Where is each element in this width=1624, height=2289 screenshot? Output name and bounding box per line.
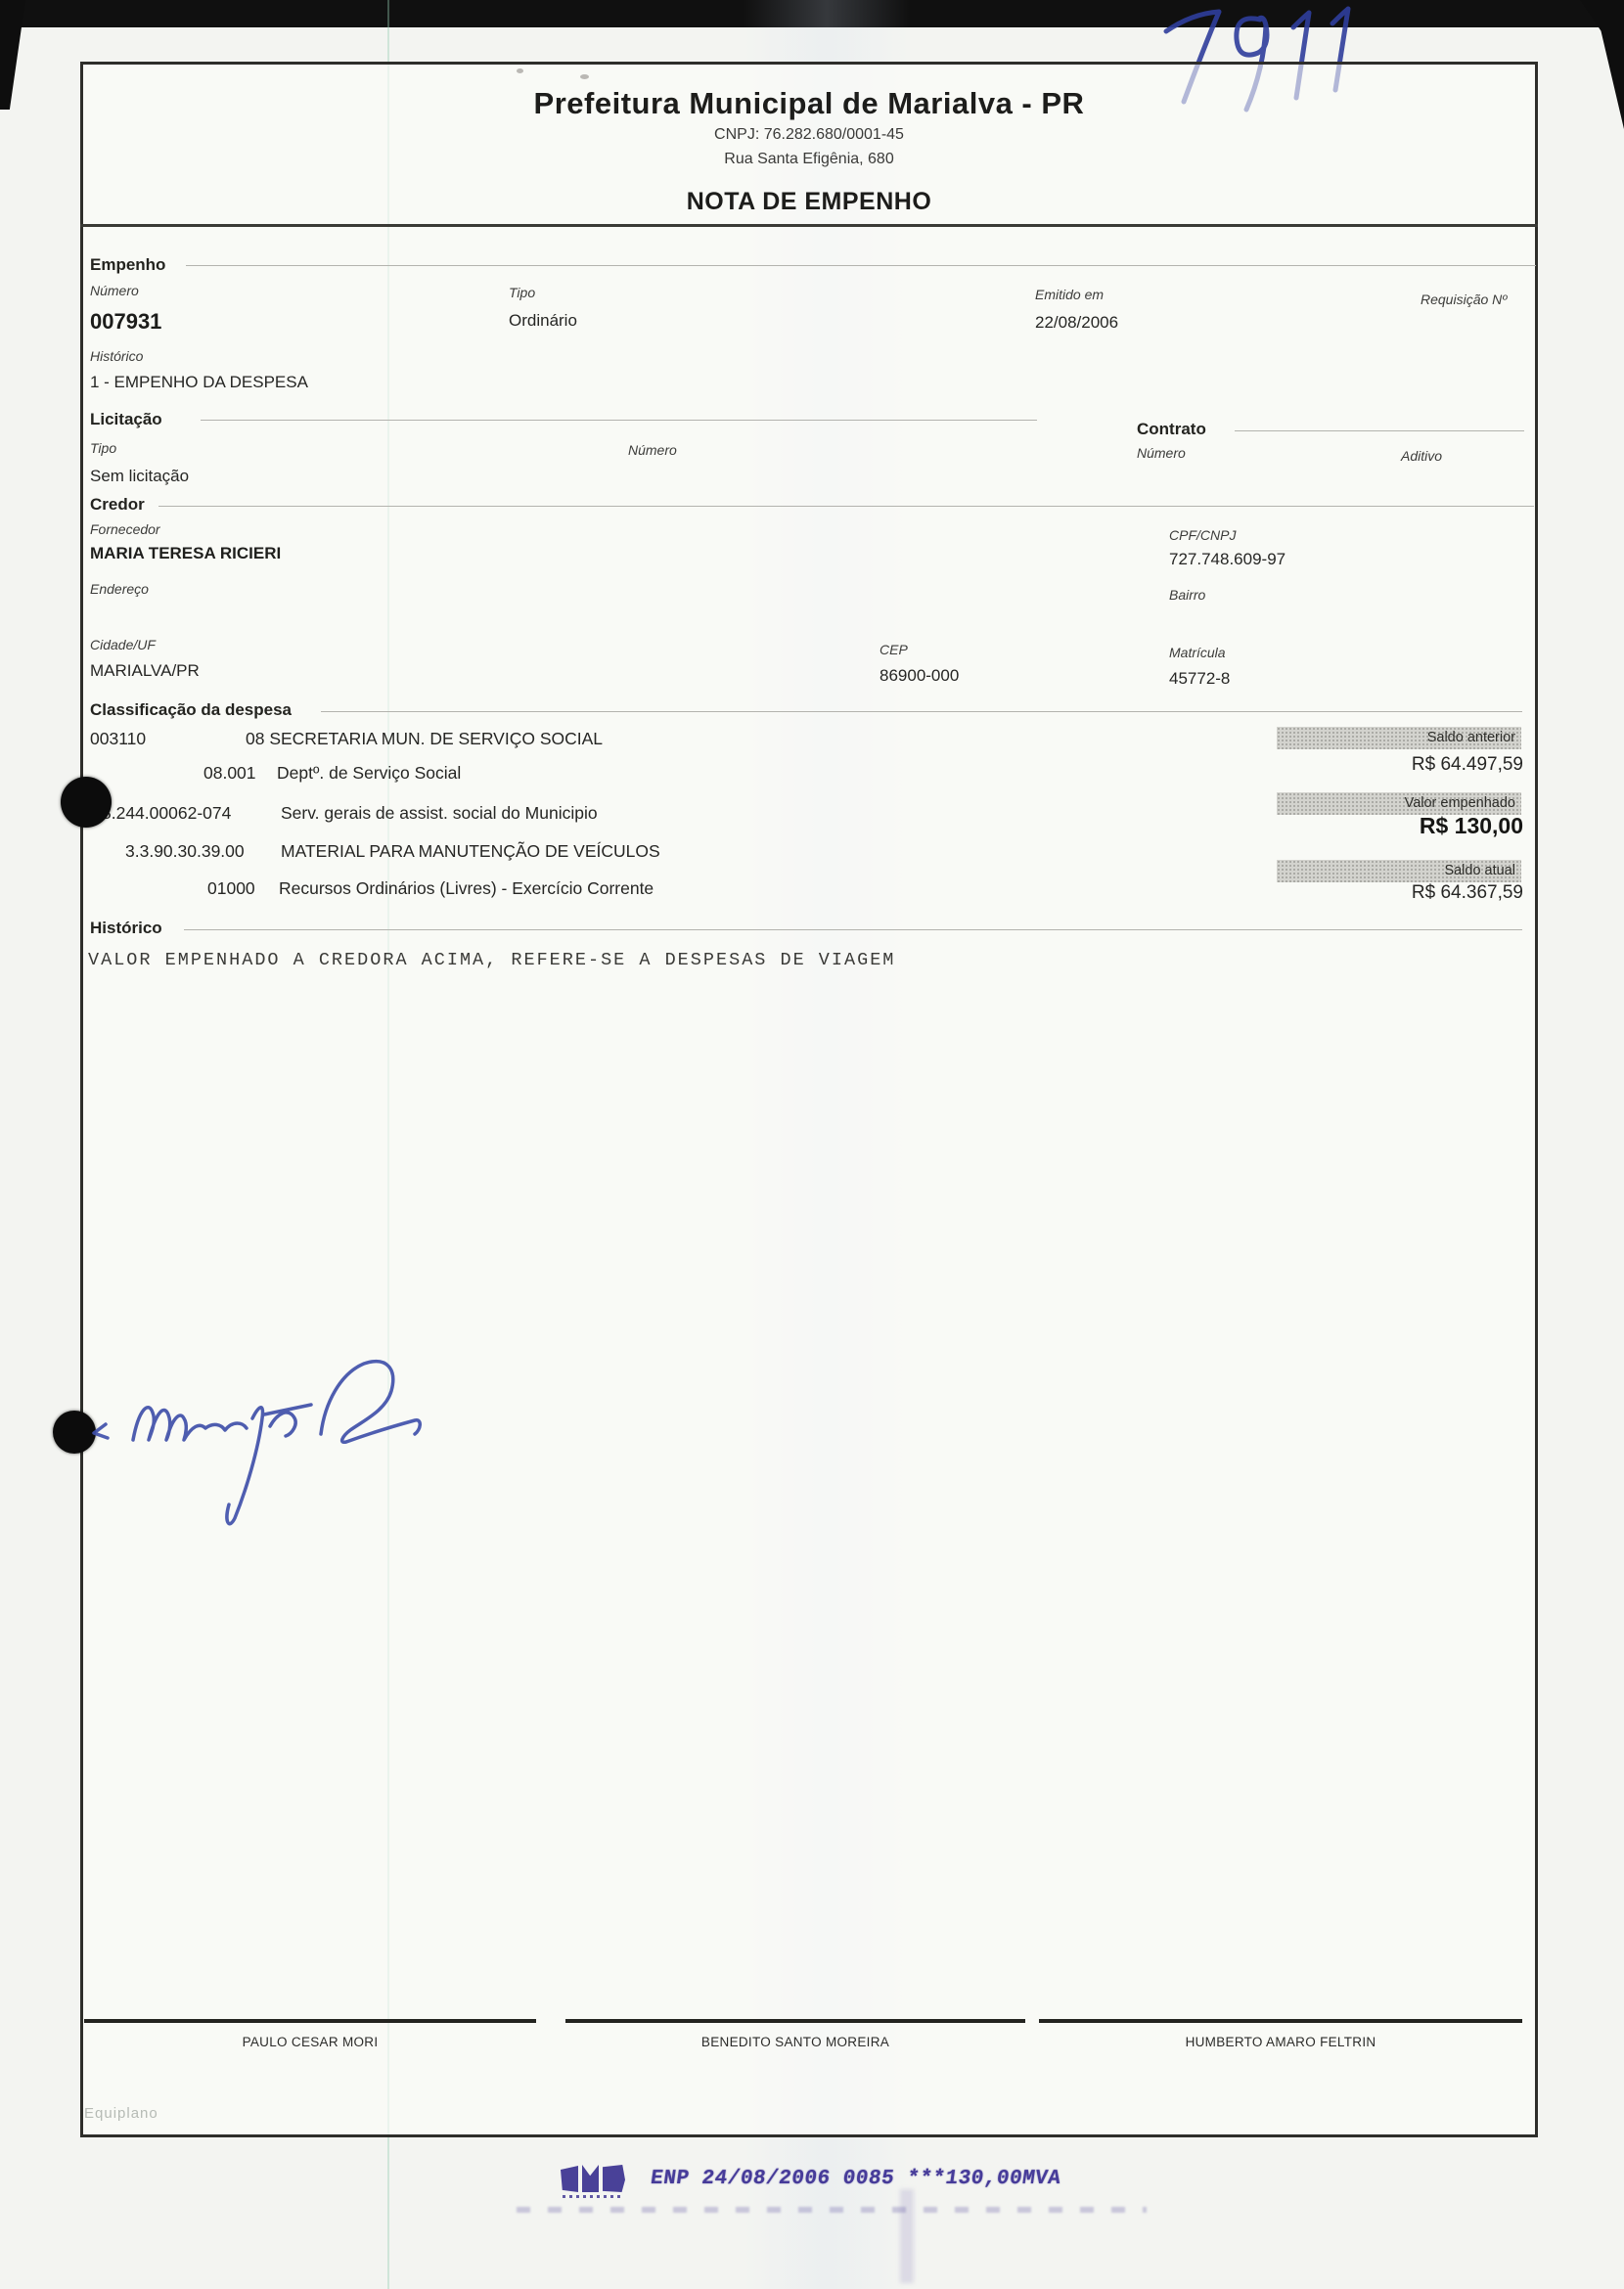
stamp-logo-shape [582, 2165, 599, 2192]
saldo-anterior-value: R$ 64.497,59 [1174, 754, 1523, 776]
cpf-cnpj-value: 727.748.609-97 [1169, 550, 1286, 569]
empenho-tipo-value: Ordinário [509, 311, 577, 331]
matricula-value: 45772-8 [1169, 669, 1230, 689]
document-type-title: NOTA DE EMPENHO [80, 188, 1538, 216]
classificacao-desc: Serv. gerais de assist. social do Munici… [281, 803, 598, 824]
saldo-atual-value: R$ 64.367,59 [1174, 882, 1523, 904]
valor-empenhado-value: R$ 130,00 [1174, 813, 1523, 839]
header-address: Rua Santa Efigênia, 680 [80, 151, 1538, 168]
classificacao-desc: MATERIAL PARA MANUTENÇÃO DE VEÍCULOS [281, 841, 660, 862]
stamp-logo [561, 2162, 631, 2203]
signature-rule [1039, 2019, 1522, 2023]
classificacao-desc: 08 SECRETARIA MUN. DE SERVIÇO SOCIAL [246, 729, 603, 749]
section-rule [184, 929, 1522, 930]
licitacao-tipo-label: Tipo [90, 440, 116, 456]
hole-punch-mark [61, 777, 112, 828]
empenho-tipo-label: Tipo [509, 285, 535, 300]
scan-corner-left [0, 0, 25, 110]
signature-name: PAULO CESAR MORI [84, 2035, 536, 2049]
emitido-em-value: 22/08/2006 [1035, 313, 1118, 333]
stamp-text: ENP 24/08/2006 0085 ***130,00MVA [649, 2168, 1061, 2190]
classificacao-code: 08.001 [203, 763, 256, 784]
endereco-label: Endereço [90, 581, 149, 597]
classificacao-desc: Deptº. de Serviço Social [277, 763, 461, 784]
classificacao-code: 8.244.00062-074 [102, 803, 231, 824]
signature-name: HUMBERTO AMARO FELTRIN [1039, 2035, 1522, 2049]
section-rule [201, 420, 1037, 421]
cep-value: 86900-000 [880, 666, 959, 686]
section-credor: Credor [90, 495, 145, 515]
header-cnpj: CNPJ: 76.282.680/0001-45 [80, 126, 1538, 144]
cidade-uf-label: Cidade/UF [90, 637, 156, 652]
bairro-label: Bairro [1169, 587, 1205, 603]
cidade-uf-value: MARIALVA/PR [90, 661, 200, 681]
software-watermark: Equiplano [84, 2105, 158, 2122]
section-historico: Histórico [90, 919, 162, 938]
header-divider [80, 224, 1538, 227]
ink-smudge [900, 2189, 914, 2283]
section-rule [321, 711, 1522, 712]
section-rule [1235, 430, 1524, 431]
section-licitacao: Licitação [90, 410, 162, 429]
emitido-em-label: Emitido em [1035, 287, 1104, 302]
contrato-numero-label: Número [1137, 445, 1186, 461]
classificacao-code: 01000 [207, 878, 255, 899]
empenho-numero-value: 007931 [90, 309, 161, 335]
classificacao-code: 3.3.90.30.39.00 [125, 841, 245, 862]
section-rule [158, 506, 1534, 507]
licitacao-tipo-value: Sem licitação [90, 467, 189, 486]
matricula-label: Matrícula [1169, 645, 1226, 660]
empenho-historico-label: Histórico [90, 348, 143, 364]
section-rule [186, 265, 1536, 266]
licitacao-numero-label: Número [628, 442, 677, 458]
section-classificacao: Classificação da despesa [90, 700, 292, 720]
ink-smudge [517, 2207, 1147, 2213]
valor-empenhado-label: Valor empenhado [1277, 792, 1521, 815]
empenho-historico-value: 1 - EMPENHO DA DESPESA [90, 373, 308, 392]
requisicao-label: Requisição Nº [1421, 292, 1507, 307]
contrato-aditivo-label: Aditivo [1401, 448, 1442, 464]
empenho-numero-label: Número [90, 283, 139, 298]
section-empenho: Empenho [90, 255, 165, 275]
classificacao-desc: Recursos Ordinários (Livres) - Exercício… [279, 878, 654, 899]
stamp-logo-shape [561, 2166, 578, 2192]
fornecedor-label: Fornecedor [90, 521, 160, 537]
signature-name: BENEDITO SANTO MOREIRA [565, 2035, 1025, 2049]
section-contrato: Contrato [1137, 420, 1206, 439]
fornecedor-value: MARIA TERESA RICIERI [90, 544, 281, 563]
cep-label: CEP [880, 642, 908, 657]
scanned-document: 7911 Prefeitura Municipal de Marialva - … [0, 0, 1624, 2289]
handwritten-signature [78, 1340, 470, 1546]
signature-rule [565, 2019, 1025, 2023]
historico-text: VALOR EMPENHADO A CREDORA ACIMA, REFERE-… [88, 950, 895, 970]
classificacao-code: 003110 [90, 729, 146, 749]
stamp-logo-subtext [563, 2195, 623, 2198]
cpf-cnpj-label: CPF/CNPJ [1169, 527, 1236, 543]
page-title: Prefeitura Municipal de Marialva - PR [80, 86, 1538, 121]
saldo-atual-label: Saldo atual [1277, 860, 1521, 882]
stamp-logo-shape [603, 2165, 625, 2192]
signature-rule [84, 2019, 536, 2023]
saldo-anterior-label: Saldo anterior [1277, 727, 1521, 749]
